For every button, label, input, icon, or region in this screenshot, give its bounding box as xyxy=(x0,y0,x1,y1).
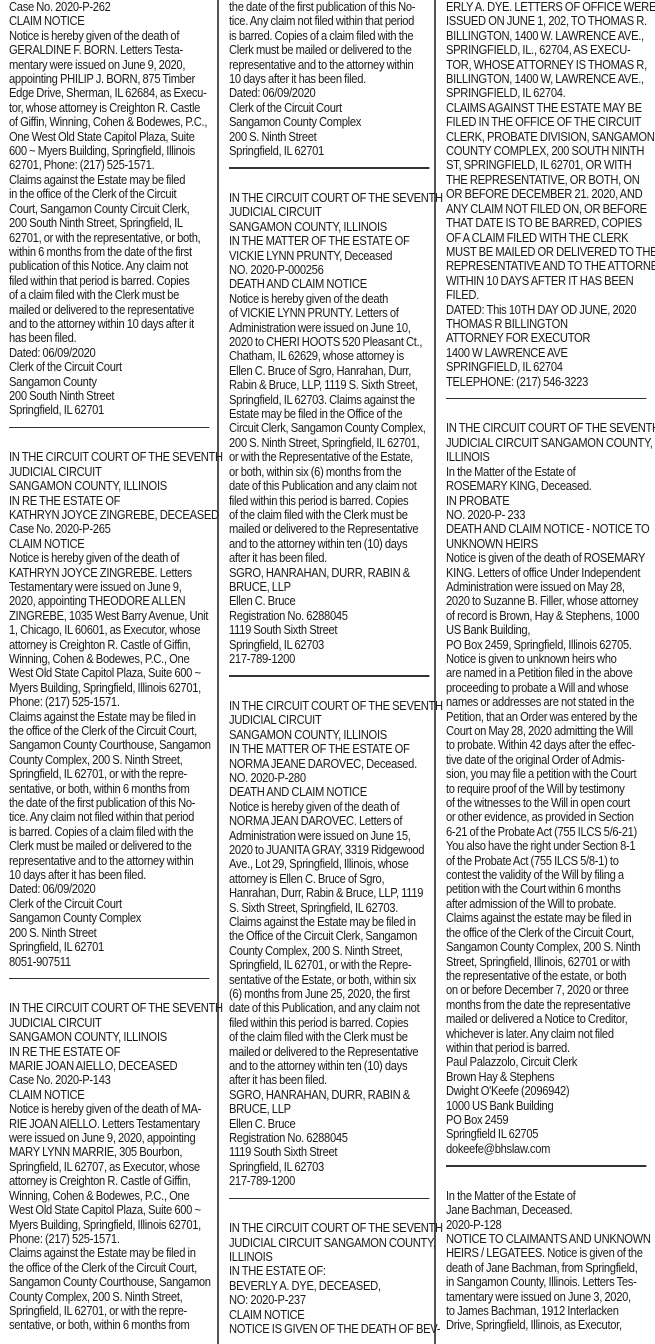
notice-line: petition with the Court within 6 months xyxy=(446,882,646,896)
notice-line: are named in a Petition filed in the abo… xyxy=(446,666,646,680)
notice-line: You also have the right under Section 8-… xyxy=(446,839,646,853)
notice-line: Springfield IL 62705 xyxy=(446,1127,646,1141)
notice-line: mailed or delivered to the representativ… xyxy=(9,303,209,317)
notice-line: KING. Letters of office Under Independen… xyxy=(446,566,646,580)
notice-line: NORMA JEAN DAROVEC. Letters of xyxy=(229,814,429,828)
notice-line: Springfield, IL 62701, or with the repre… xyxy=(9,767,209,781)
notice-line: date of this Publication and any claim n… xyxy=(229,479,429,493)
notice-line: Sangamon County Complex xyxy=(229,115,429,129)
notice-line: 2020 to JUANITA GRAY, 3319 Ridgewood xyxy=(229,843,429,857)
notice-line: of the claim filed with the Clerk must b… xyxy=(229,508,429,522)
notice-line: Case No. 2020-P-262 xyxy=(9,0,209,14)
notice-line: 8051-907511 xyxy=(9,955,209,969)
notice-line: 10 days after it has been filed. xyxy=(9,868,209,882)
notice-line: Jane Bachman, Deceased. xyxy=(446,1203,646,1217)
notice-separator xyxy=(446,398,646,400)
notice-line: Clerk of the Circuit Court xyxy=(9,897,209,911)
notice-line: is barred. Copies of a claim filed with … xyxy=(9,825,209,839)
notice-line: DEATH AND CLAIM NOTICE xyxy=(229,277,429,291)
notice-line: Claims against the Estate may be filed i… xyxy=(9,1246,209,1260)
notice-line: mailed or delivered a Notice to Creditor… xyxy=(446,1012,646,1026)
notice-line: Springfield, IL 62703 xyxy=(229,1160,429,1174)
notice-line: Ellen C. Bruce of Sgro, Hanrahan, Durr, xyxy=(229,364,429,378)
notice-line: MARIE JOAN AIELLO, DECEASED xyxy=(9,1059,209,1073)
notice-line: or both, within six (6) months from the xyxy=(229,465,429,479)
notice-line: US Bank Building, xyxy=(446,623,646,637)
notice-line: IN THE MATTER OF THE ESTATE OF xyxy=(229,742,429,756)
notice-line: 1119 South Sixth Street xyxy=(229,1145,429,1159)
notice-line: Ellen C. Bruce xyxy=(229,1117,429,1131)
notice-line: Dated: 06/09/2020 xyxy=(229,86,429,100)
notice-line: mailed or delivered to the Representativ… xyxy=(229,522,429,536)
notice-line: Springfield, IL 62701, or with the Repre… xyxy=(229,958,429,972)
notice-line: whichever is later. Any claim not filed xyxy=(446,1027,646,1041)
notice-line: BILLINGTON, 1400 W, LAWRENCE AVE., xyxy=(446,72,646,86)
notice-line: THAT DATE IS TO BE BARRED, COPIES xyxy=(446,216,646,230)
notice-line: of the Probate Act (755 ILCS 5/8-1) to xyxy=(446,854,646,868)
notice-line: PO Box 2459 xyxy=(446,1113,646,1127)
notice-line: JUDICIAL CIRCUIT xyxy=(229,713,429,727)
notice-separator xyxy=(229,167,429,169)
notice-line: filed within this period is barred. Copi… xyxy=(229,1016,429,1030)
notice-line: the office of the Clerk of the Circuit C… xyxy=(446,926,646,940)
notice-line: Sangamon County Courthouse, Sangamon xyxy=(9,1275,209,1289)
notice-line: representative and to the attorney withi… xyxy=(229,58,429,72)
notice-line: 200 S. Ninth Street, Springfield, IL 627… xyxy=(229,436,429,450)
notice-line: Registration No. 6288045 xyxy=(229,1131,429,1145)
notice-line: IN PROBATE xyxy=(446,494,646,508)
legal-notice: IN THE CIRCUIT COURT OF THE SEVENTHJUDIC… xyxy=(229,191,429,666)
notice-line: NORMA JEANE DAROVEC, Deceased. xyxy=(229,757,429,771)
notice-line: DATED: This 10TH DAY OD JUNE, 2020 xyxy=(446,303,646,317)
notice-line: Notice is given to unknown heirs who xyxy=(446,652,646,666)
notice-line: UNKNOWN HEIRS xyxy=(446,537,646,551)
notice-line: OR BEFORE DECEMBER 21. 2020, AND xyxy=(446,187,646,201)
notice-line: contest the validity of the Will by fili… xyxy=(446,868,646,882)
notice-line: In the Matter of the Estate of xyxy=(446,465,646,479)
notice-line: Hanrahan, Durr, Rabin & Bruce, LLP, 1119 xyxy=(229,886,429,900)
notice-line: NO. 2020-P-280 xyxy=(229,771,429,785)
notice-line: PO Box 2459, Springfield, Illinois 62705… xyxy=(446,638,646,652)
notice-line: Case No. 2020-P-143 xyxy=(9,1073,209,1087)
notice-line: sentative, or both, within 6 months from xyxy=(9,1318,209,1332)
notice-line: Edge Drive, Sherman, IL 62684, as Execu- xyxy=(9,86,209,100)
notice-line: ZINGREBE, 1035 West Barry Avenue, Unit xyxy=(9,609,209,623)
notice-line: to probate. Within 42 days after the eff… xyxy=(446,738,646,752)
notice-line: to James Bachman, 1912 Interlacken xyxy=(446,1304,646,1318)
notice-line: NO. 2020-P-000256 xyxy=(229,263,429,277)
notice-line: sentative of the Estate, or both, within… xyxy=(229,973,429,987)
notice-line: Claims against the Estate may be filed i… xyxy=(229,915,429,929)
legal-notice: the date of the first publication of thi… xyxy=(229,0,429,158)
legal-notice: IN THE CIRCUIT COURT OF THE SEVENTHJUDIC… xyxy=(229,699,429,1189)
notice-line: Estate may be filed in the Office of the xyxy=(229,407,429,421)
notice-line: IN THE CIRCUIT COURT OF THE SEVENTH xyxy=(9,1001,209,1015)
notice-line: tamentary were issued on June 3, 2020, xyxy=(446,1290,646,1304)
notice-line: IN RE THE ESTATE OF xyxy=(9,494,209,508)
notice-line: One West Old State Capitol Plaza, Suite xyxy=(9,130,209,144)
notice-line: representative and to the attorney withi… xyxy=(9,854,209,868)
notice-line: SGRO, HANRAHAN, DURR, RABIN & xyxy=(229,566,429,580)
notice-line: the office of the Clerk of the Circuit C… xyxy=(9,1261,209,1275)
notice-line: dokeefe@bhslaw.com xyxy=(446,1142,646,1156)
notice-line: and to the attorney within ten (10) days xyxy=(229,1059,429,1073)
notice-line: Springfield, IL 62703 xyxy=(229,638,429,652)
notice-line: Clerk of the Circuit Court xyxy=(9,360,209,374)
notice-line: WITHIN 10 DAYS AFTER IT HAS BEEN xyxy=(446,274,646,288)
notice-line: Sangamon County Complex xyxy=(9,911,209,925)
notice-line: to require proof of the Will by testimon… xyxy=(446,782,646,796)
notice-line: Sangamon County xyxy=(9,375,209,389)
notice-line: FILED. xyxy=(446,288,646,302)
notice-line: Notice is given of the death of ROSEMARY xyxy=(446,551,646,565)
notice-line: JUDICIAL CIRCUIT SANGAMON COUNTY, xyxy=(229,1236,429,1250)
notice-line: 200 South Ninth Street, Springfield, IL xyxy=(9,216,209,230)
notice-line: Circuit Clerk, Sangamon County Complex, xyxy=(229,421,429,435)
notice-line: THE REPRESENTATIVE, OR BOTH, ON xyxy=(446,173,646,187)
notice-line: SANGAMON COUNTY, ILLINOIS xyxy=(229,728,429,742)
notice-line: Brown Hay & Stephens xyxy=(446,1070,646,1084)
notice-line: Administration were issued on May 28, xyxy=(446,580,646,594)
notice-separator xyxy=(446,1165,646,1167)
notice-line: within 6 months from the date of the fir… xyxy=(9,245,209,259)
notice-line: Rabin & Bruce, LLP, 1119 S. Sixth Street… xyxy=(229,378,429,392)
notice-line: CLERK, PROBATE DIVISION, SANGAMON xyxy=(446,130,646,144)
notice-line: Registration No. 6288045 xyxy=(229,609,429,623)
notice-line: Springfield, IL 62701 xyxy=(9,940,209,954)
notice-line: TELEPHONE: (217) 546-3223 xyxy=(446,375,646,389)
notice-line: ST, SPRINGFIELD, IL 62701, OR WITH xyxy=(446,158,646,172)
notice-line: OF A CLAIM FILED WITH THE CLERK xyxy=(446,231,646,245)
notice-line: VICKIE LYNN PRUNTY, Deceased xyxy=(229,249,429,263)
notice-line: 2020-P-128 xyxy=(446,1218,646,1232)
notice-line: SANGAMON COUNTY, ILLINOIS xyxy=(9,479,209,493)
notice-line: IN THE CIRCUIT COURT OF THE SEVENTH xyxy=(229,699,429,713)
notice-line: BRUCE, LLP xyxy=(229,580,429,594)
notice-line: Street, Springfield, Illinois, 62701 or … xyxy=(446,955,646,969)
notice-line: of record is Brown, Hay & Stephens, 1000 xyxy=(446,609,646,623)
notice-line: 2020 to Suzanne B. Filler, whose attorne… xyxy=(446,594,646,608)
notice-line: ILLINOIS xyxy=(229,1250,429,1264)
notice-line: the date of the first publication of thi… xyxy=(9,796,209,810)
notice-line: HEIRS / LEGATEES. Notice is given of the xyxy=(446,1246,646,1260)
notice-line: Springfield, IL 62701 xyxy=(229,144,429,158)
notice-line: Springfield, IL 62701 xyxy=(9,403,209,417)
notice-line: 1119 South Sixth Street xyxy=(229,623,429,637)
notice-line: SPRINGFIELD, IL 62704. xyxy=(446,86,646,100)
notice-line: appointing PHILIP J. BORN, 875 Timber xyxy=(9,72,209,86)
notice-line: NOTICE IS GIVEN OF THE DEATH OF BEV- xyxy=(229,1322,429,1336)
notice-line: of Giffin, Winning, Cohen & Bodewes, P.C… xyxy=(9,115,209,129)
notice-line: 2020, appointing THEODORE ALLEN xyxy=(9,594,209,608)
notice-line: mailed or delivered to the Representativ… xyxy=(229,1045,429,1059)
notice-line: NO: 2020-P-237 xyxy=(229,1293,429,1307)
notice-line: Notice is hereby given of the death of M… xyxy=(9,1102,209,1116)
notice-line: Notice is hereby given of the death of xyxy=(9,29,209,43)
notice-line: Clerk of the Circuit Court xyxy=(229,101,429,115)
notice-line: NO. 2020-P- 233 xyxy=(446,508,646,522)
legal-notice: IN THE CIRCUIT COURT OF THE SEVENTHJUDIC… xyxy=(9,450,209,969)
notice-line: Administration were issued on June 10, xyxy=(229,321,429,335)
notice-line: Drive, Springfield, Illinois, as Executo… xyxy=(446,1318,646,1332)
legal-notice: IN THE CIRCUIT COURT OF THE SEVENTHJUDIC… xyxy=(446,421,646,1156)
notice-line: SPRINGFIELD, IL 62704 xyxy=(446,360,646,374)
notice-line: 2020 to CHERI HOOTS 520 Pleasant Ct., xyxy=(229,335,429,349)
notice-line: IN THE CIRCUIT COURT OF THE SEVENTH xyxy=(229,191,429,205)
notice-line: 217-789-1200 xyxy=(229,652,429,666)
notice-line: sion, you may file a petition with the C… xyxy=(446,767,646,781)
notice-line: and to the attorney within ten (10) days xyxy=(229,537,429,551)
notice-line: IN THE CIRCUIT COURT OF THE SEVENTH xyxy=(446,421,646,435)
notice-line: Winning, Cohen & Bodewes, P.C., One xyxy=(9,1189,209,1203)
notice-line: names or addresses are not stated in the xyxy=(446,695,646,709)
column-divider xyxy=(217,0,219,1344)
notice-line: death of Jane Bachman, from Springfield, xyxy=(446,1261,646,1275)
notice-line: Notice is hereby given of the death xyxy=(229,292,429,306)
notice-line: Dated: 06/09/2020 xyxy=(9,882,209,896)
notice-line: JUDICIAL CIRCUIT xyxy=(9,1016,209,1030)
notice-line: Claims against the Estate may be filed xyxy=(9,173,209,187)
notice-line: publication of this Notice. Any claim no… xyxy=(9,259,209,273)
notice-line: 62701, or with the representative, or bo… xyxy=(9,231,209,245)
notice-line: County Complex, 200 S. Ninth Street, xyxy=(229,944,429,958)
notice-line: within that period is barred. xyxy=(446,1041,646,1055)
notice-line: and to the attorney within 10 days after… xyxy=(9,317,209,331)
notice-line: in Sangamon County, Illinois. Letters Te… xyxy=(446,1275,646,1289)
notice-line: the date of the first publication of thi… xyxy=(229,0,429,14)
notice-line: ATTORNEY FOR EXECUTOR xyxy=(446,331,646,345)
notice-line: Administration were issued on June 15, xyxy=(229,829,429,843)
notice-line: JUDICIAL CIRCUIT xyxy=(9,465,209,479)
notice-line: Dated: 06/09/2020 xyxy=(9,346,209,360)
notice-line: ROSEMARY KING, Deceased. xyxy=(446,479,646,493)
notice-line: is barred. Copies of a claim filed with … xyxy=(229,29,429,43)
notice-line: REPRESENTATIVE AND TO THE ATTORNEY xyxy=(446,259,646,273)
notice-line: months from the date the representative xyxy=(446,998,646,1012)
notice-line: mentary were issued on June 9, 2020, xyxy=(9,58,209,72)
notice-line: RIE JOAN AIELLO. Letters Testamentary xyxy=(9,1117,209,1131)
notice-line: Sangamon County Courthouse, Sangamon xyxy=(9,738,209,752)
notice-line: date of this Publication, and any claim … xyxy=(229,1001,429,1015)
notice-line: County Complex, 200 S. Ninth Street, xyxy=(9,753,209,767)
notice-line: 200 S. Ninth Street xyxy=(229,130,429,144)
notice-line: 217-789-1200 xyxy=(229,1174,429,1188)
legal-notice: IN THE CIRCUIT COURT OF THE SEVENTHJUDIC… xyxy=(229,1221,429,1336)
notice-line: CLAIM NOTICE xyxy=(229,1308,429,1322)
notice-line: Ellen C. Bruce xyxy=(229,594,429,608)
notice-line: Sangamon County Complex, 200 S. Ninth xyxy=(446,940,646,954)
notice-line: Clerk must be mailed or delivered to the xyxy=(9,839,209,853)
notice-line: Chatham, IL 62629, whose attorney is xyxy=(229,349,429,363)
notice-line: COUNTY COMPLEX, 200 SOUTH NINTH xyxy=(446,144,646,158)
notice-line: Springfield, IL 62703. Claims against th… xyxy=(229,393,429,407)
notice-line: Myers Building, Springfield, Illinois 62… xyxy=(9,681,209,695)
notice-line: IN THE MATTER OF THE ESTATE OF xyxy=(229,234,429,248)
notice-line: the office of the Clerk of the Circuit C… xyxy=(9,724,209,738)
notice-line: Case No. 2020-P-265 xyxy=(9,522,209,536)
notice-line: Phone: (217) 525-1571. xyxy=(9,1232,209,1246)
notice-line: or with the Representative of the Estate… xyxy=(229,450,429,464)
column-3: ERLY A. DYE. LETTERS OF OFFICE WEREISSUE… xyxy=(446,0,646,1344)
notice-line: ANY CLAIM NOT FILED ON, OR BEFORE xyxy=(446,202,646,216)
legal-notice: In the Matter of the Estate ofJane Bachm… xyxy=(446,1189,646,1333)
notice-line: 200 South Ninth Street xyxy=(9,389,209,403)
notice-line: Claims against the Estate may be filed i… xyxy=(9,710,209,724)
notice-line: IN THE ESTATE OF: xyxy=(229,1264,429,1278)
notice-line: of VICKIE LYNN PRUNTY. Letters of xyxy=(229,306,429,320)
notice-line: proceeding to probate a Will and whose xyxy=(446,681,646,695)
notice-line: DEATH AND CLAIM NOTICE xyxy=(229,785,429,799)
notice-line: Clerk must be mailed or delivered to the xyxy=(229,43,429,57)
notice-line: MUST BE MAILED OR DELIVERED TO THE xyxy=(446,245,646,259)
notice-line: sentative, or both, within 6 months from xyxy=(9,782,209,796)
notice-line: IN THE CIRCUIT COURT OF THE SEVENTH xyxy=(229,1221,429,1235)
notice-line: KATHRYN JOYCE ZINGREBE. Letters xyxy=(9,566,209,580)
notice-line: Notice is hereby given of the death of xyxy=(9,551,209,565)
notice-separator xyxy=(229,1198,429,1200)
notice-line: of the witnesses to the Will in open cou… xyxy=(446,796,646,810)
notice-line: BILLINGTON, 1400 W. LAWRENCE AVE., xyxy=(446,29,646,43)
notice-line: JUDICIAL CIRCUIT xyxy=(229,205,429,219)
notice-line: West Old State Capitol Plaza, Suite 600 … xyxy=(9,666,209,680)
notice-line: of the claim filed with the Clerk must b… xyxy=(229,1030,429,1044)
notice-line: after admission of the Will to probate. xyxy=(446,897,646,911)
notice-line: CLAIM NOTICE xyxy=(9,1088,209,1102)
legal-notices-page: Case No. 2020-P-262CLAIM NOTICENotice is… xyxy=(0,0,655,1344)
notice-line: has been filed. xyxy=(9,331,209,345)
notice-line: SPRINGFIELD, IL., 62704, AS EXECU- xyxy=(446,43,646,57)
notice-line: Claims against the estate may be filed i… xyxy=(446,911,646,925)
notice-line: attorney is Creighton R. Castle of Giffi… xyxy=(9,1174,209,1188)
notice-line: Petition, that an Order was entered by t… xyxy=(446,710,646,724)
notice-line: THOMAS R BILLINGTON xyxy=(446,317,646,331)
notice-line: Ave., Lot 29, Springfield, Illinois, who… xyxy=(229,857,429,871)
notice-line: after it has been filed. xyxy=(229,1073,429,1087)
notice-line: CLAIM NOTICE xyxy=(9,14,209,28)
notice-line: the Office of the Circuit Clerk, Sangamo… xyxy=(229,929,429,943)
notice-line: Court on May 28, 2020 admitting the Will xyxy=(446,724,646,738)
notice-line: attorney is Ellen C. Bruce of Sgro, xyxy=(229,872,429,886)
notice-line: filed within this period is barred. Copi… xyxy=(229,494,429,508)
notice-line: JUDICIAL CIRCUIT SANGAMON COUNTY, xyxy=(446,436,646,450)
notice-line: BRUCE, LLP xyxy=(229,1102,429,1116)
notice-line: in the office of the Clerk of the Circui… xyxy=(9,187,209,201)
notice-line: 1000 US Bank Building xyxy=(446,1099,646,1113)
notice-line: S. Sixth Street, Springfield, IL 62703. xyxy=(229,901,429,915)
notice-line: (6) months from June 25, 2020, the first xyxy=(229,987,429,1001)
notice-line: IN RE THE ESTATE OF xyxy=(9,1045,209,1059)
notice-line: 1, Chicago, IL 60601, as Executor, whose xyxy=(9,623,209,637)
column-1: Case No. 2020-P-262CLAIM NOTICENotice is… xyxy=(9,0,209,1344)
notice-line: SGRO, HANRAHAN, DURR, RABIN & xyxy=(229,1088,429,1102)
notice-line: County Complex, 200 S. Ninth Street, xyxy=(9,1290,209,1304)
notice-line: KATHRYN JOYCE ZINGREBE, DECEASED xyxy=(9,508,209,522)
notice-line: FILED IN THE OFFICE OF THE CIRCUIT xyxy=(446,115,646,129)
notice-line: 200 S. Ninth Street xyxy=(9,926,209,940)
notice-line: 62701, Phone: (217) 525-1571. xyxy=(9,158,209,172)
legal-notice: Case No. 2020-P-262CLAIM NOTICENotice is… xyxy=(9,0,209,418)
notice-line: after it has been filed. xyxy=(229,551,429,565)
notice-line: Paul Palazzolo, Circuit Clerk xyxy=(446,1055,646,1069)
notice-line: on or before December 7, 2020 or three xyxy=(446,983,646,997)
notice-line: Springfield, IL 62701, or with the repre… xyxy=(9,1304,209,1318)
notice-line: attorney is Creighton R. Castle of Giffi… xyxy=(9,638,209,652)
notice-line: were issued on June 9, 2020, appointing xyxy=(9,1131,209,1145)
notice-line: ILLINOIS xyxy=(446,450,646,464)
notice-line: DEATH AND CLAIM NOTICE - NOTICE TO xyxy=(446,522,646,536)
notice-line: tor, whose attorney is Creighton R. Cast… xyxy=(9,101,209,115)
notice-separator xyxy=(9,427,209,429)
notice-line: ISSUED ON JUNE 1, 202, TO THOMAS R. xyxy=(446,14,646,28)
notice-line: 10 days after it has been filed. xyxy=(229,72,429,86)
notice-line: GERALDINE F. BORN. Letters Testa- xyxy=(9,43,209,57)
legal-notice: ERLY A. DYE. LETTERS OF OFFICE WEREISSUE… xyxy=(446,0,646,389)
column-2: the date of the first publication of thi… xyxy=(229,0,429,1344)
notice-line: West Old State Capitol Plaza, Suite 600 … xyxy=(9,1203,209,1217)
notice-line: 600 ~ Myers Building, Springfield, Illin… xyxy=(9,144,209,158)
notice-line: Notice is hereby given of the death of xyxy=(229,800,429,814)
notice-line: filed within that period is barred. Copi… xyxy=(9,274,209,288)
notice-separator xyxy=(9,978,209,980)
notice-line: Dwight O'Keefe (2096942) xyxy=(446,1084,646,1098)
notice-line: tive date of the original Order of Admis… xyxy=(446,753,646,767)
notice-line: Court, Sangamon County Circuit Clerk, xyxy=(9,202,209,216)
notice-line: IN THE CIRCUIT COURT OF THE SEVENTH xyxy=(9,450,209,464)
notice-line: TOR, WHOSE ATTORNEY IS THOMAS R, xyxy=(446,58,646,72)
notice-line: or other evidence, as provided in Sectio… xyxy=(446,810,646,824)
notice-line: 1400 W LAWRENCE AVE xyxy=(446,346,646,360)
legal-notice: IN THE CIRCUIT COURT OF THE SEVENTHJUDIC… xyxy=(9,1001,209,1332)
notice-line: Phone: (217) 525-1571. xyxy=(9,695,209,709)
notice-line: MARY LYNN MARRIE, 305 Bourbon, xyxy=(9,1145,209,1159)
notice-line: tice. Any claim not filed within that pe… xyxy=(229,14,429,28)
notice-separator xyxy=(229,675,429,677)
notice-line: of a claim filed with the Clerk must be xyxy=(9,288,209,302)
notice-line: CLAIMS AGAINST THE ESTATE MAY BE xyxy=(446,101,646,115)
notice-line: Myers Building, Springfield, Illinois 62… xyxy=(9,1218,209,1232)
notice-line: CLAIM NOTICE xyxy=(9,537,209,551)
notice-line: tice. Any claim not filed within that pe… xyxy=(9,810,209,824)
notice-line: Springfield, IL 62707, as Executor, whos… xyxy=(9,1160,209,1174)
notice-line: Testamentary were issued on June 9, xyxy=(9,580,209,594)
notice-line: the representative of the estate, or bot… xyxy=(446,969,646,983)
notice-line: Winning, Cohen & Bodewes, P.C., One xyxy=(9,652,209,666)
notice-line: NOTICE TO CLAIMANTS AND UNKNOWN xyxy=(446,1232,646,1246)
notice-line: ERLY A. DYE. LETTERS OF OFFICE WERE xyxy=(446,0,646,14)
notice-line: In the Matter of the Estate of xyxy=(446,1189,646,1203)
notice-line: SANGAMON COUNTY, ILLINOIS xyxy=(229,220,429,234)
notice-line: BEVERLY A. DYE, DECEASED, xyxy=(229,1279,429,1293)
notice-line: SANGAMON COUNTY, ILLINOIS xyxy=(9,1030,209,1044)
notice-line: 6-21 of the Probate Act (755 ILCS 5/6-21… xyxy=(446,825,646,839)
